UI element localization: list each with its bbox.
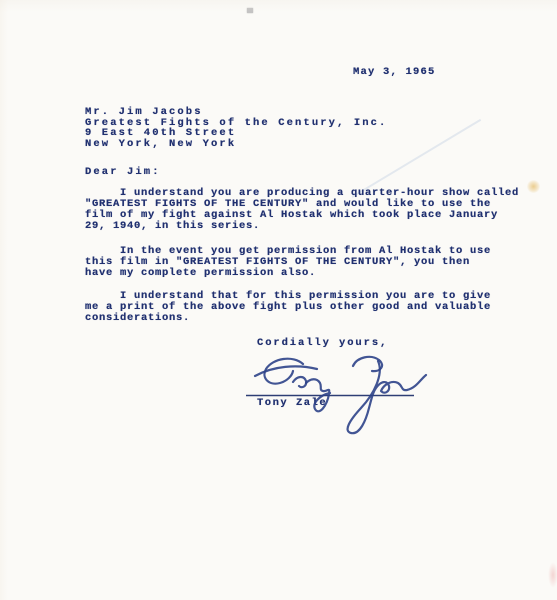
tony-zale-signature-icon — [233, 352, 433, 440]
aging-spot — [527, 180, 540, 193]
paragraph-2: In the event you get permission from Al … — [85, 246, 491, 279]
recipient-address: Mr. Jim Jacobs Greatest Fights of the Ce… — [85, 107, 387, 150]
letter-date: May 3, 1965 — [353, 66, 436, 78]
closing: Cordially yours, — [257, 337, 388, 349]
paragraph-1: I understand you are producing a quarter… — [85, 188, 519, 232]
paragraph-3: I understand that for this permission yo… — [85, 291, 491, 324]
staple-mark — [247, 8, 253, 13]
salutation: Dear Jim: — [85, 166, 161, 178]
aging-spot — [548, 562, 557, 588]
letter-page: May 3, 1965 Mr. Jim Jacobs Greatest Figh… — [0, 0, 557, 600]
